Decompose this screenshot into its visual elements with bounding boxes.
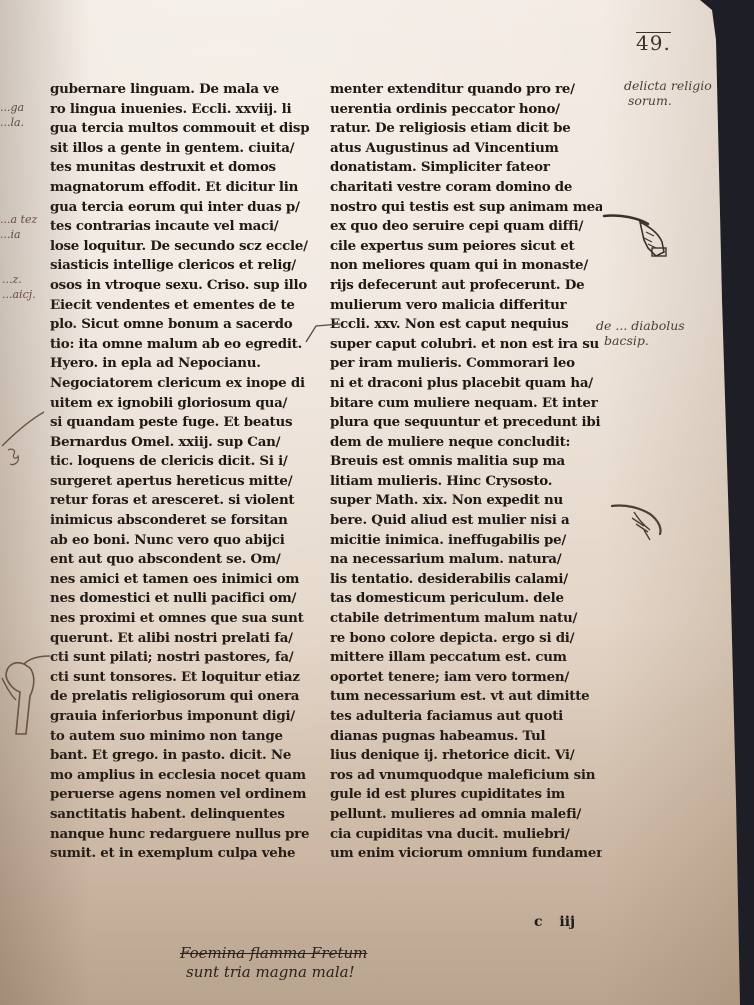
text-line: nostro qui testis est sup animam meam xyxy=(330,198,602,218)
text-line: tic. loquens de clericis dicit. Si i/ xyxy=(50,452,322,472)
text-line: gubernare linguam. De mala ve xyxy=(50,80,322,100)
text-line: lose loquitur. De secundo scz eccle/ xyxy=(50,237,322,257)
text-line: mittere illam peccatum est. cum xyxy=(330,648,602,668)
marginal-note-left-3: ...z. ...aicj. xyxy=(2,272,36,302)
text-line: bitare cum muliere nequam. Et inter xyxy=(330,394,602,414)
note-line: de ... diabolus xyxy=(596,318,685,333)
text-line: Negociatorem clericum ex inope di xyxy=(50,374,322,394)
text-line: sumit. et in exemplum culpa vehe xyxy=(50,844,322,864)
text-line: lius denique ij. rhetorice dicit. Vi/ xyxy=(330,746,602,766)
note-line: ...la. xyxy=(0,115,24,130)
right-text-column: menter extenditur quando pro re/ uerenti… xyxy=(330,80,602,864)
signature-mark: c iij xyxy=(534,914,575,930)
text-line: cia cupiditas vna ducit. muliebri/ xyxy=(330,825,602,845)
text-line: ex quo deo seruire cepi quam diffi/ xyxy=(330,217,602,237)
text-line: de prelatis religiosorum qui onera xyxy=(50,687,322,707)
note-line: Foemina flamma Fretum xyxy=(180,944,367,963)
text-line: Bernardus Omel. xxiij. sup Can/ xyxy=(50,433,322,453)
text-line: super Math. xix. Non expedit nu xyxy=(330,491,602,511)
text-line: ni et draconi plus placebit quam ha/ xyxy=(330,374,602,394)
text-line: rijs defecerunt aut profecerunt. De xyxy=(330,276,602,296)
text-line: cti sunt tonsores. Et loquitur etiaz xyxy=(50,668,322,688)
marginal-note-left-1: ...ga ...la. xyxy=(0,100,24,130)
text-line: querunt. Et alibi nostri prelati fa/ xyxy=(50,629,322,649)
left-text-column: gubernare linguam. De mala ve ro lingua … xyxy=(50,80,322,864)
text-line: charitati vestre coram domino de xyxy=(330,178,602,198)
note-line: ...aicj. xyxy=(2,287,36,302)
text-line: nes proximi et omnes que sua sunt xyxy=(50,609,322,629)
text-line: micitie inimica. ineffugabilis pe/ xyxy=(330,531,602,551)
text-line: ros ad vnumquodque maleficium sin xyxy=(330,766,602,786)
signature-letter: c xyxy=(534,914,543,930)
text-line: pellunt. mulieres ad omnia malefi/ xyxy=(330,805,602,825)
text-line: ab eo boni. Nunc vero quo abijci xyxy=(50,531,322,551)
text-line: magnatorum effodit. Et dicitur lin xyxy=(50,178,322,198)
text-line: donatistam. Simpliciter fateor xyxy=(330,158,602,178)
text-line: per iram mulieris. Commorari leo xyxy=(330,354,602,374)
note-line: bacsip. xyxy=(596,333,685,348)
note-line: sunt tria magna mala! xyxy=(180,963,367,982)
text-line: gule id est plures cupiditates im xyxy=(330,785,602,805)
text-line: si quandam peste fuge. Et beatus xyxy=(50,413,322,433)
manicule-pointing-hand-icon xyxy=(0,650,55,740)
marginal-note-top-right: delicta religio sorum. xyxy=(624,78,712,108)
note-line: ...a tez xyxy=(0,212,37,227)
text-line: mulierum vero malicia differitur xyxy=(330,296,602,316)
manicule-pointing-hand-icon xyxy=(600,210,670,260)
text-line: Breuis est omnis malitia sup ma xyxy=(330,452,602,472)
text-line: litiam mulieris. Hinc Crysosto. xyxy=(330,472,602,492)
text-line: uitem ex ignobili gloriosum qua/ xyxy=(50,394,322,414)
text-line: sit illos a gente in gentem. ciuita/ xyxy=(50,139,322,159)
text-line: peruerse agens nomen vel ordinem xyxy=(50,785,322,805)
bottom-handwritten-note: Foemina flamma Fretum sunt tria magna ma… xyxy=(180,944,367,982)
note-line: ...z. xyxy=(2,272,36,287)
text-line: nes domestici et nulli pacifici om/ xyxy=(50,589,322,609)
text-line: super caput colubri. et non est ira su xyxy=(330,335,602,355)
text-line: plura que sequuntur et precedunt ibi xyxy=(330,413,602,433)
text-line: ratur. De religiosis etiam dicit be xyxy=(330,119,602,139)
note-line: ...ia xyxy=(0,227,37,242)
text-line: Eccli. xxv. Non est caput nequius xyxy=(330,315,602,335)
text-line: gua tercia multos commouit et disp xyxy=(50,119,322,139)
text-line: dem de muliere neque concludit: xyxy=(330,433,602,453)
text-line: menter extenditur quando pro re/ xyxy=(330,80,602,100)
text-line: nanque hunc redarguere nullus pre xyxy=(50,825,322,845)
text-line: bere. Quid aliud est mulier nisi a xyxy=(330,511,602,531)
folio-number: 49. xyxy=(636,32,671,53)
text-line: um enim viciorum omnium fundamen xyxy=(330,844,602,864)
text-line: nes amici et tamen oes inimici om xyxy=(50,570,322,590)
text-line: tes munitas destruxit et domos xyxy=(50,158,322,178)
text-line: Eiecit vendentes et ementes de te xyxy=(50,296,322,316)
manicule-pointing-hand-icon xyxy=(610,500,670,545)
text-line: tas domesticum periculum. dele xyxy=(330,589,602,609)
text-line: ctabile detrimentum malum natu/ xyxy=(330,609,602,629)
bracket-mark-icon xyxy=(304,322,344,346)
text-line: plo. Sicut omne bonum a sacerdo xyxy=(50,315,322,335)
note-line: ...ga xyxy=(0,100,24,115)
text-line: ro lingua inuenies. Eccli. xxviij. li xyxy=(50,100,322,120)
text-line: cti sunt pilati; nostri pastores, fa/ xyxy=(50,648,322,668)
text-line: cile expertus sum peiores sicut et xyxy=(330,237,602,257)
text-line: mo amplius in ecclesia nocet quam xyxy=(50,766,322,786)
text-line: uerentia ordinis peccator hono/ xyxy=(330,100,602,120)
manuscript-page: 49. gubernare linguam. De mala ve ro lin… xyxy=(0,0,754,1005)
note-line: sorum. xyxy=(624,93,712,108)
text-line: siasticis intellige clericos et relig/ xyxy=(50,256,322,276)
text-line: inimicus absconderet se forsitan xyxy=(50,511,322,531)
text-line: osos in vtroque sexu. Criso. sup illo xyxy=(50,276,322,296)
text-line: tes adulteria faciamus aut quoti xyxy=(330,707,602,727)
text-line: dianas pugnas habeamus. Tul xyxy=(330,727,602,747)
text-line: tum necessarium est. vt aut dimitte xyxy=(330,687,602,707)
text-line: surgeret apertus hereticus mitte/ xyxy=(50,472,322,492)
text-line: tio: ita omne malum ab eo egredit. xyxy=(50,335,322,355)
text-line: ent aut quo abscondent se. Om/ xyxy=(50,550,322,570)
text-line: to autem suo minimo non tange xyxy=(50,727,322,747)
text-line: na necessarium malum. natura/ xyxy=(330,550,602,570)
text-line: retur foras et aresceret. si violent xyxy=(50,491,322,511)
marginal-note-left-2: ...a tez ...ia xyxy=(0,212,37,242)
text-line: tes contrarias incaute vel maci/ xyxy=(50,217,322,237)
text-line: Hyero. in epla ad Nepocianu. xyxy=(50,354,322,374)
text-line: sanctitatis habent. delinquentes xyxy=(50,805,322,825)
text-line: bant. Et grego. in pasto. dicit. Ne xyxy=(50,746,322,766)
marginal-stroke-icon xyxy=(0,410,50,470)
note-line: delicta religio xyxy=(624,78,712,93)
text-line: oportet tenere; iam vero tormen/ xyxy=(330,668,602,688)
text-line: grauia inferiorbus imponunt digi/ xyxy=(50,707,322,727)
text-line: non meliores quam qui in monaste/ xyxy=(330,256,602,276)
text-line: re bono colore depicta. ergo si di/ xyxy=(330,629,602,649)
text-line: lis tentatio. desiderabilis calami/ xyxy=(330,570,602,590)
signature-numeral: iij xyxy=(559,914,575,930)
text-line: gua tercia eorum qui inter duas p/ xyxy=(50,198,322,218)
marginal-note-mid-right: de ... diabolus bacsip. xyxy=(596,318,685,348)
text-line: atus Augustinus ad Vincentium xyxy=(330,139,602,159)
